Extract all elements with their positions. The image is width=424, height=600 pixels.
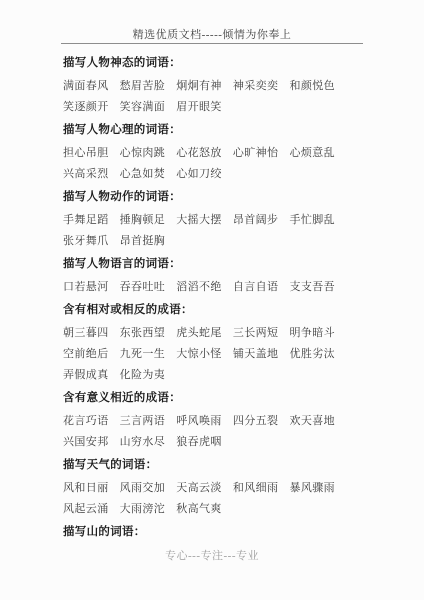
word-row: 空前绝后九死一生大惊小怪铺天盖地优胜劣汰 (63, 344, 372, 365)
word: 和风细雨 (233, 482, 279, 494)
word-section: 描写人物神态的词语： 满面春风愁眉苦脸炯炯有神神采奕奕和颜悦色笑逐颜开笑容满面眉… (63, 52, 372, 118)
word-row: 朝三暮四东张西望虎头蛇尾三长两短明争暗斗 (63, 323, 372, 344)
word: 笑容满面 (120, 101, 166, 113)
word: 天高云淡 (176, 482, 222, 494)
header-divider (61, 43, 363, 44)
word: 心如刀绞 (176, 168, 222, 180)
word-row: 风起云涌大雨滂沱秋高气爽 (63, 499, 372, 520)
word-row: 满面春风愁眉苦脸炯炯有神神采奕奕和颜悦色 (63, 76, 372, 97)
word: 炯炯有神 (176, 80, 222, 92)
word: 自言自语 (233, 281, 279, 293)
word: 昂首挺胸 (120, 235, 166, 247)
section-heading: 描写人物心理的词语： (63, 119, 372, 142)
section-heading: 含有意义相近的成语： (63, 387, 372, 410)
word: 满面春风 (63, 80, 109, 92)
word: 狼吞虎咽 (176, 436, 222, 448)
word: 滔滔不绝 (176, 281, 222, 293)
section-heading: 描写天气的词语： (63, 454, 372, 477)
document-content: 描写人物神态的词语： 满面春风愁眉苦脸炯炯有神神采奕奕和颜悦色笑逐颜开笑容满面眉… (63, 51, 372, 545)
word: 张牙舞爪 (63, 235, 109, 247)
word: 四分五裂 (233, 415, 279, 427)
section-heading: 含有相对或相反的成语： (63, 299, 372, 322)
word: 担心吊胆 (63, 147, 109, 159)
word-section: 描写山的词语： (63, 521, 372, 544)
word: 兴国安邦 (63, 436, 109, 448)
document-page: 精选优质文档-----倾情为你奉上 描写人物神态的词语： 满面春风愁眉苦脸炯炯有… (0, 0, 424, 600)
word: 朝三暮四 (63, 327, 109, 339)
word: 明争暗斗 (289, 327, 335, 339)
word: 东张西望 (120, 327, 166, 339)
word-row: 口若悬河吞吞吐吐滔滔不绝自言自语支支吾吾 (63, 277, 372, 298)
word: 大摇大摆 (176, 214, 222, 226)
page-header: 精选优质文档-----倾情为你奉上 (0, 26, 424, 42)
word: 秋高气爽 (176, 503, 222, 515)
word: 铺天盖地 (233, 348, 279, 360)
word: 风起云涌 (63, 503, 109, 515)
word: 兴高采烈 (63, 168, 109, 180)
word-row: 担心吊胆心惊肉跳心花怒放心旷神怡心烦意乱 (63, 143, 372, 164)
word: 三言两语 (120, 415, 166, 427)
word: 花言巧语 (63, 415, 109, 427)
word-section: 描写人物语言的词语： 口若悬河吞吞吐吐滔滔不绝自言自语支支吾吾 (63, 253, 372, 298)
word: 心急如焚 (120, 168, 166, 180)
word: 支支吾吾 (289, 281, 335, 293)
word: 和颜悦色 (289, 80, 335, 92)
word-section: 描写人物心理的词语： 担心吊胆心惊肉跳心花怒放心旷神怡心烦意乱兴高采烈心急如焚心… (63, 119, 372, 185)
word: 心旷神怡 (233, 147, 279, 159)
word: 优胜劣汰 (289, 348, 335, 360)
word: 昂首阔步 (233, 214, 279, 226)
word: 大雨滂沱 (120, 503, 166, 515)
word: 眉开眼笑 (176, 101, 222, 113)
word: 大惊小怪 (176, 348, 222, 360)
word-row: 兴国安邦山穷水尽狼吞虎咽 (63, 432, 372, 453)
word-row: 手舞足蹈捶胸顿足大摇大摆昂首阔步手忙脚乱 (63, 210, 372, 231)
section-heading: 描写山的词语： (63, 521, 372, 544)
page-footer: 专心---专注---专业 (0, 547, 424, 563)
word: 吞吞吐吐 (120, 281, 166, 293)
word-section: 含有意义相近的成语： 花言巧语三言两语呼风唤雨四分五裂欢天喜地兴国安邦山穷水尽狼… (63, 387, 372, 453)
word: 心烦意乱 (289, 147, 335, 159)
section-heading: 描写人物动作的词语： (63, 186, 372, 209)
word: 笑逐颜开 (63, 101, 109, 113)
word: 风和日丽 (63, 482, 109, 494)
word-row: 弄假成真化险为夷 (63, 365, 372, 386)
word: 化险为夷 (120, 369, 166, 381)
word-row: 笑逐颜开笑容满面眉开眼笑 (63, 97, 372, 118)
word: 三长两短 (233, 327, 279, 339)
word: 欢天喜地 (289, 415, 335, 427)
word: 愁眉苦脸 (120, 80, 166, 92)
word-section: 描写人物动作的词语： 手舞足蹈捶胸顿足大摇大摆昂首阔步手忙脚乱张牙舞爪昂首挺胸 (63, 186, 372, 252)
word: 山穷水尽 (120, 436, 166, 448)
word: 弄假成真 (63, 369, 109, 381)
section-heading: 描写人物语言的词语： (63, 253, 372, 276)
word: 暴风骤雨 (289, 482, 335, 494)
word: 虎头蛇尾 (176, 327, 222, 339)
word-section: 含有相对或相反的成语： 朝三暮四东张西望虎头蛇尾三长两短明争暗斗空前绝后九死一生… (63, 299, 372, 386)
word-row: 风和日丽风雨交加天高云淡和风细雨暴风骤雨 (63, 478, 372, 499)
word: 神采奕奕 (233, 80, 279, 92)
word-section: 描写天气的词语： 风和日丽风雨交加天高云淡和风细雨暴风骤雨风起云涌大雨滂沱秋高气… (63, 454, 372, 520)
word-row: 张牙舞爪昂首挺胸 (63, 231, 372, 252)
word: 捶胸顿足 (120, 214, 166, 226)
word: 手舞足蹈 (63, 214, 109, 226)
word: 手忙脚乱 (289, 214, 335, 226)
section-heading: 描写人物神态的词语： (63, 52, 372, 75)
word: 心花怒放 (176, 147, 222, 159)
word: 口若悬河 (63, 281, 109, 293)
word: 九死一生 (120, 348, 166, 360)
word-row: 兴高采烈心急如焚心如刀绞 (63, 164, 372, 185)
word-row: 花言巧语三言两语呼风唤雨四分五裂欢天喜地 (63, 411, 372, 432)
word: 风雨交加 (120, 482, 166, 494)
word: 心惊肉跳 (120, 147, 166, 159)
word: 呼风唤雨 (176, 415, 222, 427)
word: 空前绝后 (63, 348, 109, 360)
